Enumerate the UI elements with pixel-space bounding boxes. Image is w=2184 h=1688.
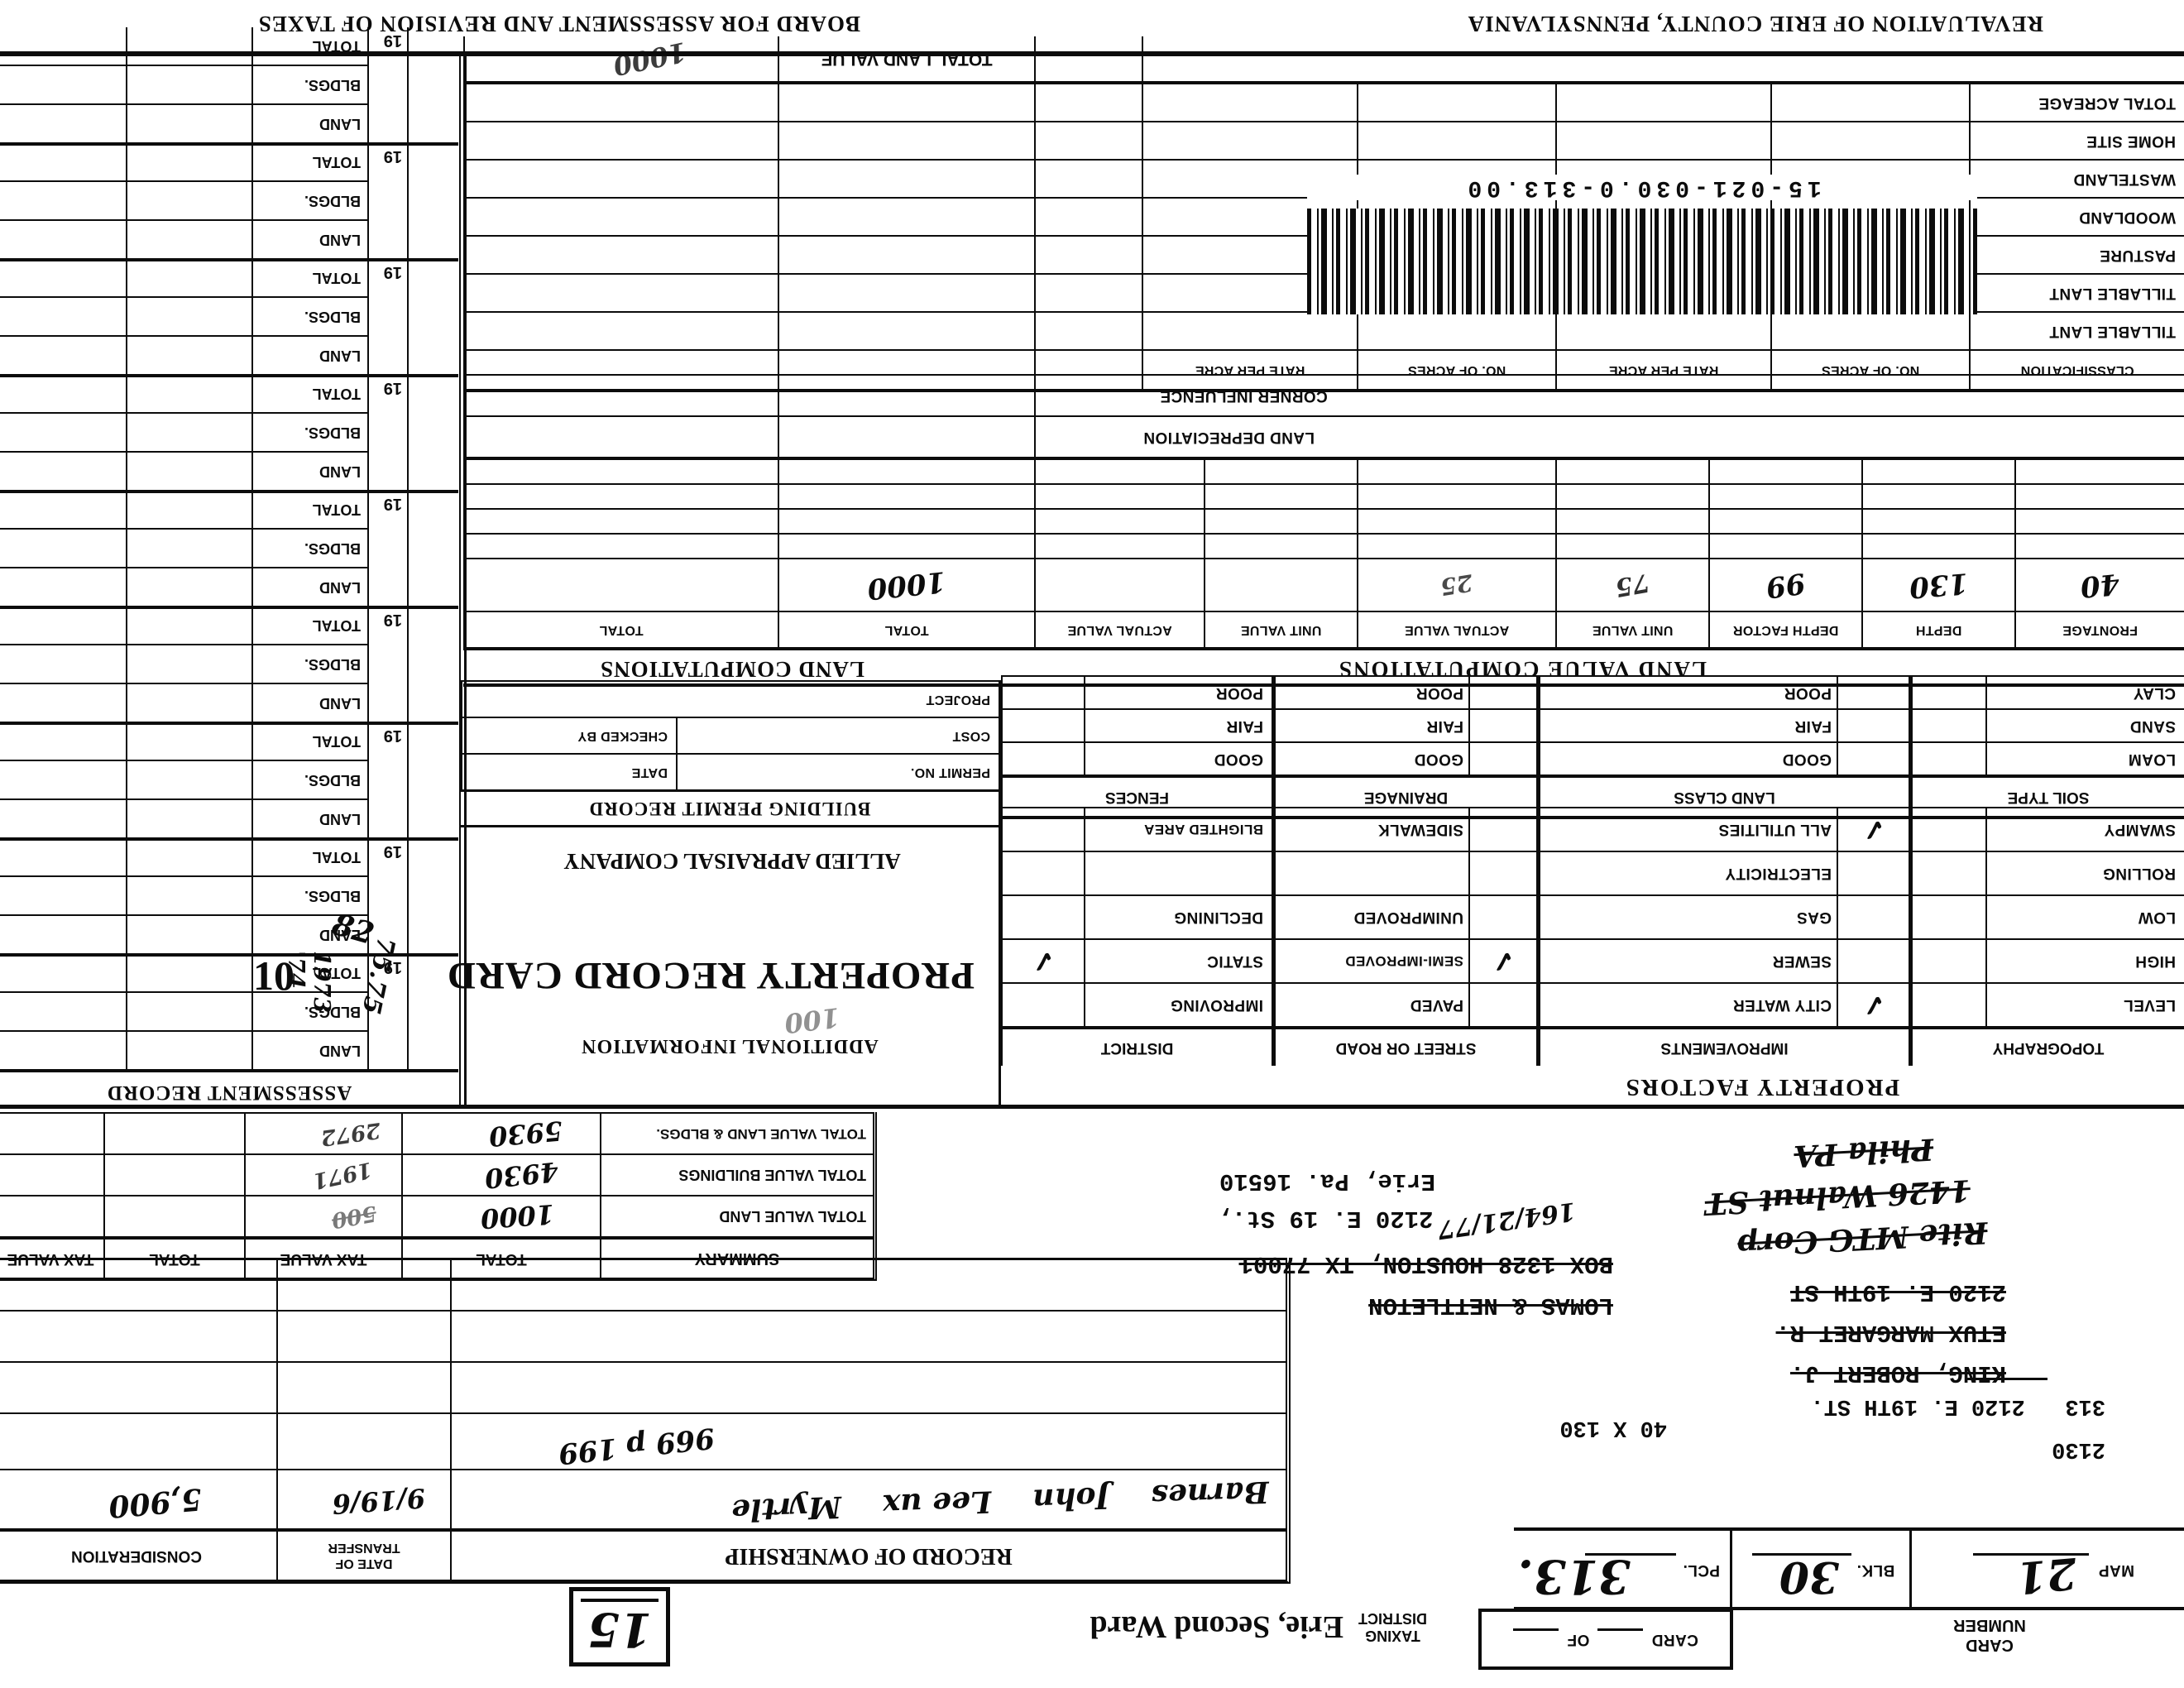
factor-gas: GAS bbox=[1539, 894, 1837, 938]
additional-information-title: ADDITIONAL INFORMATION bbox=[461, 1034, 999, 1057]
comp-depth-factor: 99 bbox=[1708, 558, 1861, 611]
total-row-label: TOTAL bbox=[251, 607, 367, 644]
hdr-actual-value-2: ACTUAL VALUE bbox=[1034, 611, 1204, 647]
summary-row-total-label: TOTAL VALUE LAND & BLDGS. bbox=[600, 1112, 873, 1153]
comp-unit-value: 75 bbox=[1555, 558, 1708, 611]
check-semi-improved: ✓ bbox=[1468, 938, 1539, 982]
owner-row-1-name: Barnes John Lee ux Myrtle bbox=[450, 1469, 1286, 1528]
depth-factor-value: 99 bbox=[1764, 566, 1807, 604]
bldgs-row-label: BLDGS. bbox=[251, 644, 367, 683]
landclass-fair: FAIR bbox=[1539, 708, 1837, 741]
soil-table: SOIL TYPE LAND CLASS DRAINAGE FENCES LOA… bbox=[1001, 675, 2184, 819]
address-hw-note: 164/21/77 bbox=[1435, 1196, 1577, 1244]
total-row-label: TOTAL bbox=[251, 491, 367, 528]
grand-tax-value: 2972 bbox=[319, 1117, 382, 1150]
owner-row-1-consideration: 5,900 bbox=[0, 1469, 276, 1528]
assessment-block-empty: 19 LANDBLDGS.TOTAL bbox=[0, 377, 458, 493]
factor-declining: DECLINING bbox=[1084, 894, 1274, 938]
allied-appraisal-company: ALLIED APPRAISAL COMPANY bbox=[476, 848, 989, 874]
hdr-rate-per-acre-1: RATE PER ACRE bbox=[1555, 349, 1770, 389]
property-record-card-title: PROPERTY RECORD CARD bbox=[447, 953, 975, 998]
factor-sewer: SEWER bbox=[1539, 938, 1837, 982]
transfer-date-value: 9/19/6 bbox=[331, 1482, 426, 1520]
property-factors-table: TOPOGRAPHY IMPROVEMENTS STREET OR ROAD D… bbox=[1001, 807, 2184, 1066]
soil-sand: SAND bbox=[1985, 708, 2184, 741]
land-row-label: LAND bbox=[251, 798, 367, 837]
bldgs-row-label: BLDGS. bbox=[251, 528, 367, 567]
total-row-label: TOTAL bbox=[251, 259, 367, 296]
assessment-block-empty: 19 LANDBLDGS.TOTAL bbox=[0, 30, 458, 146]
land-row-label: LAND bbox=[251, 335, 367, 374]
depth-value: 130 bbox=[1908, 566, 1969, 604]
land-row-label: LAND bbox=[251, 219, 367, 258]
taxing-label-line1: TAXING bbox=[1365, 1628, 1420, 1644]
hdr-depth: DEPTH bbox=[1861, 611, 2014, 647]
comp-actual-value: 25 bbox=[1357, 558, 1555, 611]
taxing-label-line2: DISTRICT bbox=[1358, 1610, 1427, 1627]
summary-row-total-total: 5930 bbox=[401, 1112, 600, 1153]
current-address-2: Erie, Pa. 16510 bbox=[1217, 1168, 1576, 1195]
consideration-label: CONSIDERATION bbox=[0, 1528, 276, 1580]
pcl-value: 313. bbox=[1518, 1549, 1631, 1604]
summary-row-bldgs-total: 4930 bbox=[401, 1153, 600, 1195]
hdr-total-2: TOTAL bbox=[463, 611, 778, 647]
factor-electricity: ELECTRICITY bbox=[1539, 851, 1837, 894]
struck-owner-3: 2120 E. 19TH ST bbox=[1776, 1272, 2006, 1312]
struck-owner-4: LOMAS & NETTLETON bbox=[1239, 1284, 1613, 1326]
factor-district-blank bbox=[1084, 851, 1274, 894]
hdr-actual-value-1: ACTUAL VALUE bbox=[1357, 611, 1555, 647]
soil-clay: CLAY bbox=[1985, 675, 2184, 708]
actual-value-value: 25 bbox=[1439, 569, 1475, 602]
permit-cost-label: COST bbox=[676, 717, 999, 753]
parcel-ident-line-a: 2130 bbox=[2052, 1436, 2105, 1461]
current-address-block: 164/21/77 2120 E. 19 St., Erie, Pa. 1651… bbox=[1217, 1168, 1576, 1235]
hdr-classification: CLASSIFICATION bbox=[1969, 349, 2184, 389]
year-19-print: 19 bbox=[384, 262, 402, 281]
taxing-district-value: Erie, Second Ward bbox=[1090, 1609, 1344, 1645]
factor-paved: PAVED bbox=[1274, 982, 1468, 1026]
factor-improving: IMPROVING bbox=[1084, 982, 1274, 1026]
owner-row-2-name: 969 p 199 bbox=[450, 1412, 1286, 1469]
summary-row-bldgs-tax: 1971 bbox=[244, 1153, 401, 1195]
owner-row-1-date: 9/19/6 bbox=[276, 1469, 450, 1528]
unit-value-value: 75 bbox=[1613, 568, 1652, 602]
map-cell: MAP 21 bbox=[1909, 1531, 2184, 1607]
col-soil-type: SOIL TYPE bbox=[1911, 774, 2184, 816]
card-number-text: CARD NUMBER bbox=[1944, 1615, 2035, 1655]
sheet-number-value: 15 bbox=[581, 1599, 659, 1657]
comp-total-value: 1000 bbox=[866, 564, 947, 606]
owner-name-value: Barnes John Lee ux Myrtle bbox=[730, 1475, 1269, 1528]
checkmark-icon: ✓ bbox=[1030, 946, 1057, 977]
bldgs-row-label: BLDGS. bbox=[251, 760, 367, 798]
land-row-label: LAND bbox=[251, 451, 367, 490]
land-value-computations-title: LAND VALUE COMPUTATIONS bbox=[1075, 656, 1969, 682]
assessment-block-1973-74: 19 LAND BLDGS. TOTAL 1973 '74 10 75.75 8… bbox=[0, 957, 458, 1072]
zone-divider-rule bbox=[0, 1105, 2184, 1109]
pcl-label: PCL. bbox=[1683, 1561, 1720, 1579]
property-factors-title: PROPERTY FACTORS bbox=[1390, 1073, 2134, 1101]
computations-top-rule bbox=[463, 683, 2184, 687]
bldgs-row-label: BLDGS. bbox=[251, 180, 367, 219]
checkmark-icon: ✓ bbox=[1860, 990, 1887, 1021]
summary-row-land-tax: 500 bbox=[244, 1195, 401, 1236]
col-fences: FENCES bbox=[1001, 774, 1274, 816]
comp-depth: 130 bbox=[1861, 558, 2014, 611]
record-of-ownership-table: RECORD OF OWNERSHIP DATE OF TRANSFER CON… bbox=[0, 1258, 1291, 1584]
card-label: CARD bbox=[1651, 1630, 1698, 1648]
total-row-label: TOTAL bbox=[251, 143, 367, 180]
total-land-value-cell: 1000 bbox=[463, 36, 778, 81]
land-value-computations-table: FRONTAGE DEPTH DEPTH FACTOR UNIT VALUE A… bbox=[463, 374, 2184, 650]
check-static: ✓ bbox=[1001, 938, 1084, 982]
year-19-print: 19 bbox=[384, 146, 402, 165]
date-of-transfer-label: DATE OF TRANSFER bbox=[276, 1528, 450, 1580]
parcel-ident-line-b: 313 2120 E. 19TH ST. bbox=[1811, 1393, 2105, 1418]
class-tillable-1: TILLABLE LANT bbox=[1969, 311, 2184, 349]
current-address-1: 2120 E. 19 St., bbox=[1217, 1205, 1433, 1232]
factor-level: LEVEL bbox=[1985, 982, 2184, 1026]
hdr-no-of-acres-1: NO. OF ACRES bbox=[1770, 349, 1969, 389]
frontage-value: 40 bbox=[2079, 567, 2121, 604]
bldgs-tax-value: 1971 bbox=[310, 1157, 374, 1193]
bldgs-row-label: BLDGS. bbox=[251, 296, 367, 335]
struck-owner-1: KING, ROBERT J. bbox=[1776, 1353, 2006, 1393]
date-label-1: DATE OF bbox=[336, 1556, 393, 1571]
assessment-record-title: ASSESSMENT RECORD bbox=[0, 1072, 458, 1104]
total-land-value-amount: 1000 bbox=[611, 36, 689, 82]
hdr-depth-factor: DEPTH FACTOR bbox=[1708, 611, 1861, 647]
hdr-unit-value-2: UNIT VALUE bbox=[1204, 611, 1357, 647]
barcode bbox=[1307, 209, 1977, 314]
card-of-box: CARD OF bbox=[1478, 1609, 1733, 1670]
summary-label: SUMMARY bbox=[600, 1236, 873, 1278]
summary-col-tax-1: TAX VALUE bbox=[244, 1236, 401, 1278]
year-19-print: 19 bbox=[384, 842, 402, 861]
col-district: DISTRICT bbox=[1001, 1026, 1274, 1066]
class-pasture: PASTURE bbox=[1969, 235, 2184, 273]
bldgs-row-label: BLDGS. bbox=[251, 412, 367, 451]
summary-col-total-1: TOTAL bbox=[401, 1236, 600, 1278]
year-19-print: 19 bbox=[384, 726, 402, 745]
drainage-good: GOOD bbox=[1274, 741, 1468, 774]
class-total-acreage: TOTAL ACREAGE bbox=[1969, 81, 2184, 121]
consideration-value: 5,900 bbox=[108, 1481, 204, 1524]
col-drainage: DRAINAGE bbox=[1274, 774, 1539, 816]
barcode-number: 15-021-030.0-313.00 bbox=[1307, 175, 1977, 200]
map-blk-pcl-strip: MAP 21 BLK. 30 PCL. 313. bbox=[1514, 1527, 2184, 1610]
assessment-record-strip: ASSESSMENT RECORD 19 LAND BLDGS. TOTAL 1… bbox=[0, 56, 458, 1104]
summary-col-tax-2: TAX VALUE bbox=[0, 1236, 103, 1278]
soil-loam: LOAM bbox=[1985, 741, 2184, 774]
struck-owner-2: ETUX MARGARET R. bbox=[1776, 1312, 2006, 1353]
comp-frontage: 40 bbox=[2014, 558, 2184, 611]
assessment-block-empty: 19 LANDBLDGS.TOTAL bbox=[0, 146, 458, 261]
footer-title-right: BOARD FOR ASSESSMENT AND REVISION OF TAX… bbox=[258, 11, 860, 36]
building-permit-record-title: BUILDING PERMIT RECORD bbox=[461, 789, 999, 825]
sheet-number-box: 15 bbox=[569, 1587, 670, 1666]
factor-rolling: ROLLING bbox=[1985, 851, 2184, 894]
land-depreciation-row: LAND DEPRECIATION bbox=[1034, 415, 2184, 458]
factor-semi-improved: SEMI-IMPROVED bbox=[1274, 938, 1468, 982]
card-number-label: CARD NUMBER bbox=[1919, 1615, 2060, 1655]
hdr-rate-per-acre-2: RATE PER ACRE bbox=[1142, 349, 1357, 389]
total-row-label: TOTAL bbox=[251, 838, 367, 875]
total-land-value-label: TOTAL LAND VALUE bbox=[778, 36, 1034, 81]
pencil-scribble: 100 bbox=[783, 1001, 841, 1039]
summary-col-total-2: TOTAL bbox=[103, 1236, 244, 1278]
factor-street-blank bbox=[1274, 851, 1468, 894]
map-label: MAP bbox=[2099, 1561, 2134, 1579]
assessment-block-empty: 19 LANDBLDGS.TOTAL bbox=[0, 493, 458, 609]
assessment-block-empty: 19 LANDBLDGS.TOTAL bbox=[0, 261, 458, 377]
year-19-print: 19 bbox=[384, 378, 402, 397]
struck-mailing-block: LOMAS & NETTLETON BOX 1328 HOUSTON, TX 7… bbox=[1239, 1243, 1613, 1326]
blk-label: BLK. bbox=[1856, 1561, 1894, 1579]
bldgs-row-label: BLDGS. bbox=[251, 875, 367, 914]
col-improvements: IMPROVEMENTS bbox=[1539, 1026, 1911, 1066]
summary-row-bldgs-label: TOTAL VALUE BUILDINGS bbox=[600, 1153, 873, 1195]
checkmark-icon: ✓ bbox=[1490, 946, 1517, 977]
fences-good: GOOD bbox=[1084, 741, 1274, 774]
summary-row-land-label: TOTAL VALUE LAND bbox=[600, 1195, 873, 1236]
landclass-good: GOOD bbox=[1539, 741, 1837, 774]
struck-owner-block: KING, ROBERT J. ETUX MARGARET R. 2120 E.… bbox=[1776, 1272, 2006, 1393]
col-street-or-road: STREET OR ROAD bbox=[1274, 1026, 1539, 1066]
date-label-2: TRANSFER bbox=[328, 1541, 400, 1555]
permit-no-label: PERMIT NO. bbox=[676, 753, 999, 789]
permit-checked-by-label: CHECKED BY bbox=[461, 717, 676, 753]
assessment-block-empty: 19 LANDBLDGS.TOTAL bbox=[0, 609, 458, 725]
hdr-frontage: FRONTAGE bbox=[2014, 611, 2184, 647]
deed-book-page-value: 969 p 199 bbox=[557, 1421, 716, 1470]
bldgs-total-value: 4930 bbox=[483, 1155, 560, 1194]
assessment-block-empty: 19 LANDBLDGS.TOTAL bbox=[0, 725, 458, 841]
hdr-total-1: TOTAL bbox=[778, 611, 1034, 647]
pcl-cell: PCL. 313. bbox=[1514, 1531, 1730, 1607]
footer-title-left: REVALUATION OF ERIE COUNTY, PENNSYLVANIA bbox=[1468, 11, 2043, 36]
land-row-label: LAND bbox=[251, 567, 367, 606]
hdr-no-of-acres-2: NO. OF ACRES bbox=[1357, 349, 1555, 389]
taxing-district: TAXING DISTRICT Erie, Second Ward bbox=[1090, 1609, 1428, 1645]
grand-total-value: 5930 bbox=[487, 1115, 563, 1153]
bldgs-row-label: BLDGS. bbox=[251, 65, 367, 103]
factor-static: STATIC bbox=[1084, 938, 1274, 982]
comp-total: 1000 bbox=[778, 558, 1034, 611]
factor-low: LOW bbox=[1985, 894, 2184, 938]
ownership-title: RECORD OF OWNERSHIP bbox=[450, 1528, 1286, 1580]
land-computations-title: LAND COMPUTATIONS bbox=[463, 656, 1001, 682]
summary-table: SUMMARY TOTAL TAX VALUE TOTAL TAX VALUE … bbox=[0, 1112, 877, 1281]
total-row-label: TOTAL bbox=[251, 722, 367, 760]
summary-row-land-total: 1000 bbox=[401, 1195, 600, 1236]
card-rotated-180: CARD NUMBER MAP 21 BLK. 30 PCL. 313. CAR… bbox=[0, 0, 2184, 1688]
col-topography: TOPOGRAPHY bbox=[1911, 1026, 2184, 1066]
class-wasteland: WASTELAND bbox=[1969, 159, 2184, 197]
factor-high: HIGH bbox=[1985, 938, 2184, 982]
class-home-site: HOME SITE bbox=[1969, 121, 2184, 159]
drainage-fair: FAIR bbox=[1274, 708, 1468, 741]
stamp-10: 10 bbox=[253, 952, 295, 1000]
total-row-label: TOTAL bbox=[251, 375, 367, 412]
year-19-print: 19 bbox=[384, 494, 402, 513]
check-city-water: ✓ bbox=[1837, 982, 1911, 1026]
factor-unimproved: UNIMPROVED bbox=[1274, 894, 1468, 938]
class-woodland: WOODLAND bbox=[1969, 197, 2184, 235]
summary-row-total-tax: 2972 bbox=[244, 1112, 401, 1153]
land-tax-value: 500 bbox=[330, 1201, 379, 1233]
permit-date-label: DATE bbox=[461, 753, 676, 789]
blk-cell: BLK. 30 bbox=[1730, 1531, 1909, 1607]
struck-owner-5: BOX 1328 HOUSTON, TX 77001 bbox=[1239, 1243, 1613, 1284]
taxing-district-label: TAXING DISTRICT bbox=[1358, 1609, 1427, 1644]
hdr-unit-value-1: UNIT VALUE bbox=[1555, 611, 1708, 647]
land-row-label: LAND bbox=[251, 103, 367, 142]
year-19-print: 19 bbox=[384, 610, 402, 629]
col-land-class: LAND CLASS bbox=[1539, 774, 1911, 816]
fences-fair: FAIR bbox=[1084, 708, 1274, 741]
factor-city-water: CITY WATER bbox=[1539, 982, 1837, 1026]
struck-handwritten-block: Rite MTG Corp 1426 Walnut ST Phila PA bbox=[1702, 1125, 1989, 1268]
land-total-value: 1000 bbox=[480, 1198, 555, 1235]
building-permit-record: BUILDING PERMIT RECORD PERMIT NO. DATE C… bbox=[461, 680, 1001, 827]
scanned-property-record-card: CARD NUMBER MAP 21 BLK. 30 PCL. 313. CAR… bbox=[0, 0, 2184, 1688]
lot-size: 40 X 130 bbox=[1559, 1415, 1667, 1440]
of-label: OF bbox=[1567, 1630, 1589, 1648]
land-row-label: LAND bbox=[251, 683, 367, 722]
class-tillable-2: TILLABLE LANT bbox=[1969, 273, 2184, 311]
